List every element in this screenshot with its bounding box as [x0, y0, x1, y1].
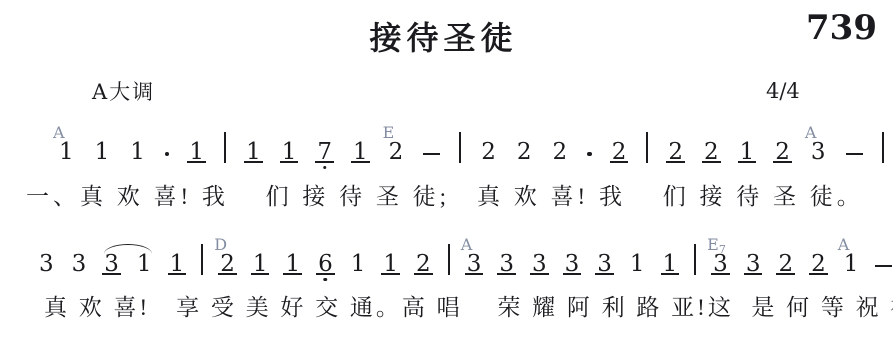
- note: 2: [480, 141, 497, 164]
- note: 1: [739, 141, 756, 164]
- note: 1: [252, 253, 269, 276]
- note: 2: [703, 141, 720, 164]
- barline: [201, 244, 203, 275]
- note: 3: [71, 253, 88, 276]
- note: 1A: [58, 141, 75, 164]
- note: 1: [129, 141, 146, 164]
- barline: [459, 132, 461, 163]
- note: 1: [136, 253, 153, 276]
- note: 3: [498, 253, 515, 276]
- note: 7: [316, 141, 333, 164]
- note: 1: [169, 253, 186, 276]
- duration-dash: [423, 153, 440, 155]
- note: 2D: [219, 253, 236, 276]
- barline: [882, 132, 884, 163]
- note: 3: [38, 253, 55, 276]
- note: 2: [777, 253, 794, 276]
- note: 2E: [388, 141, 405, 164]
- note: 6: [317, 253, 334, 276]
- note: 3A: [466, 253, 483, 276]
- note: 1: [281, 141, 298, 164]
- note: 1: [350, 253, 367, 276]
- barline: [224, 132, 226, 163]
- note: 3: [564, 253, 581, 276]
- chord-label: E7: [707, 237, 726, 255]
- chord-label: A: [805, 125, 817, 141]
- note: 1: [662, 253, 679, 276]
- chord-label: D: [214, 237, 227, 253]
- barline: [646, 132, 648, 163]
- chord-label: A: [838, 237, 850, 253]
- octave-dot: [324, 278, 328, 282]
- barline: [694, 244, 696, 275]
- note: 2: [774, 141, 791, 164]
- chord-label: A: [461, 237, 473, 253]
- note: 3: [745, 253, 762, 276]
- note: 1: [94, 141, 111, 164]
- note: 2: [516, 141, 533, 164]
- slur-arc: [104, 244, 152, 254]
- note: 2: [810, 253, 827, 276]
- note: 3A: [810, 141, 827, 164]
- note: 1: [245, 141, 262, 164]
- note: 3: [531, 253, 548, 276]
- barline: [448, 244, 450, 275]
- page-title: 接待圣徒: [370, 13, 518, 59]
- note: 3E7: [712, 253, 729, 276]
- hymn-sheet: 接待圣徒 739 A大调 4/4 1A11111712E222222123A 一…: [0, 0, 893, 362]
- duration-dash: [875, 265, 892, 267]
- note: 1: [629, 253, 646, 276]
- note: 2: [667, 141, 684, 164]
- note: 1: [188, 141, 205, 164]
- note: 3: [596, 253, 613, 276]
- note: 2: [611, 141, 628, 164]
- note: 1A: [843, 253, 860, 276]
- augmentation-dot: [587, 152, 592, 157]
- octave-dot: [323, 166, 327, 170]
- augmentation-dot: [165, 152, 170, 157]
- time-signature: 4/4: [766, 79, 800, 103]
- note: 3: [103, 253, 120, 276]
- chord-label: A: [53, 125, 65, 141]
- note: 1: [382, 253, 399, 276]
- key-signature: A大调: [92, 76, 155, 106]
- note: 1: [352, 141, 369, 164]
- note: 2: [415, 253, 432, 276]
- duration-dash: [846, 153, 863, 155]
- hymn-number: 739: [806, 8, 877, 48]
- lyrics-line-1: 一、真 欢 喜! 我 们 接 待 圣 徒; 真 欢 喜! 我 们 接 待 圣 徒…: [26, 183, 864, 211]
- music-line-1: 1A11111712E222222123A: [58, 132, 884, 164]
- music-line-2: 333112D1161123A3333113E73221A: [38, 244, 893, 276]
- lyrics-line-2: 真 欢 喜! 享 受 美 好 交 通。高 唱 荣 耀 阿 利 路 亚!这 是 何…: [44, 294, 893, 322]
- note: 1: [284, 253, 301, 276]
- note: 2: [552, 141, 569, 164]
- chord-label: E: [383, 125, 395, 141]
